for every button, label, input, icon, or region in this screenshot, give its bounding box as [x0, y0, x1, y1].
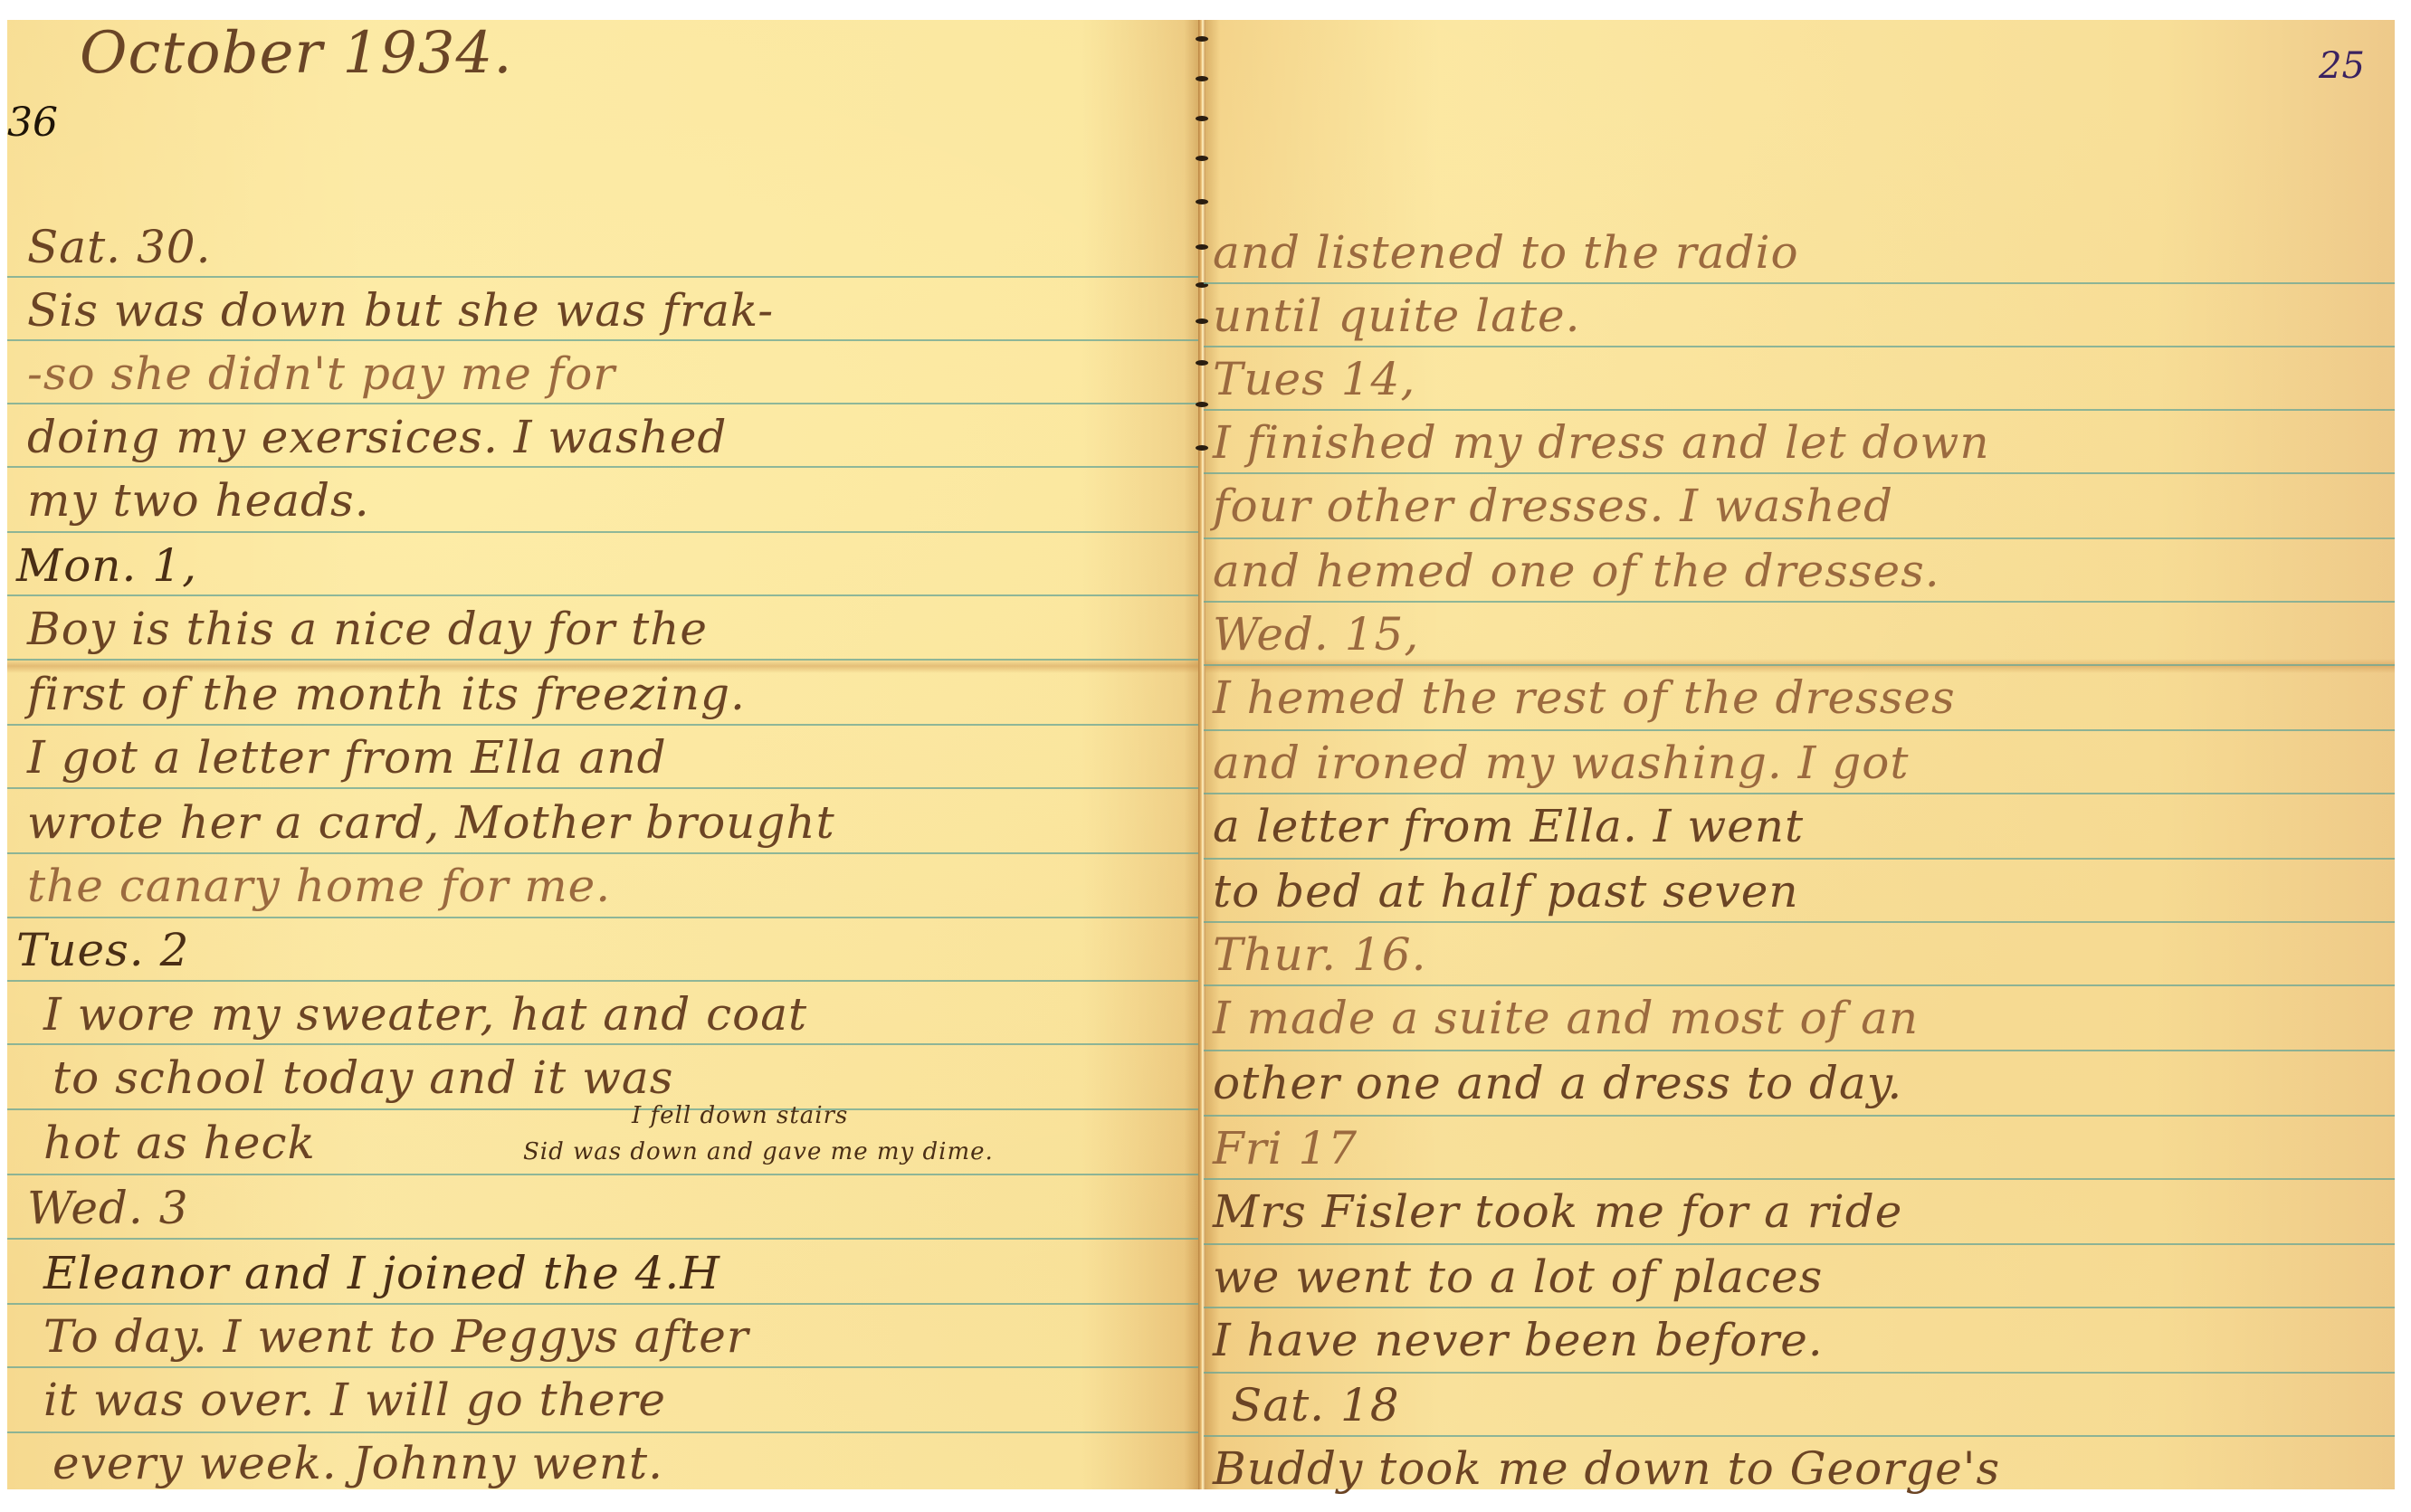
left-page: October 1934. 36 Sat. 30. Sis was down b…	[7, 20, 1198, 1489]
entry-date: Wed. 15,	[1213, 608, 1419, 661]
entry-line: every week. Johnny went.	[52, 1437, 663, 1489]
entry-date: Thur. 16.	[1213, 928, 1426, 981]
rule-line	[7, 917, 1198, 918]
entry-line: Mrs Fisler took me for a ride	[1213, 1185, 1902, 1238]
entry-date: Tues 14,	[1213, 353, 1415, 405]
rule-line	[7, 1108, 1198, 1110]
rule-line	[7, 1431, 1198, 1433]
rule-line	[7, 1366, 1198, 1368]
entry-date: Mon. 1,	[16, 539, 197, 592]
month-heading: October 1934.	[80, 20, 513, 87]
rule-line	[1204, 1050, 2395, 1051]
rule-line	[7, 787, 1198, 789]
entry-line: a letter from Ella. I went	[1213, 800, 1804, 852]
entry-line: the canary home for me.	[27, 860, 611, 912]
entry-line: wrote her a card, Mother brought	[27, 796, 835, 849]
entry-line: first of the month its freezing.	[27, 668, 746, 720]
entry-date: Wed. 3	[27, 1182, 189, 1234]
rule-line	[7, 403, 1198, 404]
entry-line: my two heads.	[27, 474, 370, 527]
entry-date: Tues. 2	[16, 924, 189, 976]
right-page: 25 and listened to the radio until quite…	[1204, 20, 2395, 1489]
entry-line: I made a suite and most of an	[1213, 992, 1919, 1044]
entry-line: I have never been before.	[1213, 1314, 1824, 1366]
entry-line: and ironed my washing. I got	[1213, 737, 1909, 789]
rule-line	[7, 1174, 1198, 1175]
rule-line	[7, 1238, 1198, 1240]
rule-line	[7, 1043, 1198, 1045]
entry-date: Sat. 18	[1231, 1379, 1400, 1431]
entry-line: I wore my sweater, hat and coat	[43, 988, 807, 1041]
rule-line	[7, 466, 1198, 468]
entry-line: and hemed one of the dresses.	[1213, 545, 1940, 597]
entry-date: Sat. 30.	[27, 221, 211, 273]
rule-line	[1204, 1307, 2395, 1308]
entry-line: To day. I went to Peggys after	[43, 1310, 749, 1363]
rule-line	[1204, 793, 2395, 794]
entry-line: hot as heck	[43, 1117, 316, 1169]
entry-line: and listened to the radio	[1213, 226, 1799, 279]
rule-line	[1204, 858, 2395, 860]
rule-line	[1204, 984, 2395, 986]
entry-line: I got a letter from Ella and	[27, 731, 667, 784]
rule-line	[7, 594, 1198, 596]
rule-line	[1204, 346, 2395, 347]
rule-line	[1204, 921, 2395, 923]
rule-line	[1204, 1115, 2395, 1117]
rule-line	[1204, 537, 2395, 539]
rule-line	[7, 339, 1198, 341]
entry-line: it was over. I will go there	[43, 1374, 666, 1426]
entry-date: Fri 17	[1213, 1122, 1358, 1174]
entry-line: until quite late.	[1213, 290, 1581, 342]
insertion-lower: Sid was down and gave me my dime.	[523, 1138, 994, 1165]
insertion-upper: I fell down stairs	[632, 1102, 848, 1129]
entry-line: to bed at half past seven	[1213, 865, 1799, 918]
rule-line	[7, 276, 1198, 278]
rule-line	[1204, 1178, 2395, 1180]
entry-line: to school today and it was	[52, 1051, 673, 1104]
entry-line: doing my exersices. I washed	[27, 411, 727, 463]
rule-line	[1204, 1243, 2395, 1245]
entry-line: -so she didn't pay me for	[27, 347, 615, 400]
rule-line	[1204, 282, 2395, 284]
rule-line	[1204, 601, 2395, 603]
rule-line	[1204, 472, 2395, 474]
entry-line: we went to a lot of places	[1213, 1250, 1823, 1303]
rule-line	[1204, 409, 2395, 411]
rule-line	[1204, 729, 2395, 731]
entry-line: four other dresses. I washed	[1213, 480, 1893, 532]
entry-line: Eleanor and I joined the 4.H	[43, 1247, 720, 1299]
entry-line: I finished my dress and let down	[1213, 416, 1990, 469]
rule-line	[7, 852, 1198, 854]
rule-line	[7, 1303, 1198, 1305]
page-number: 25	[2319, 45, 2365, 87]
rule-line	[7, 531, 1198, 533]
rule-line	[7, 724, 1198, 726]
entry-line: Boy is this a nice day for the	[27, 603, 708, 655]
entry-line: Sis was down but she was frak-	[27, 284, 774, 337]
rule-line	[1204, 664, 2395, 666]
entry-line: Buddy took me down to George's	[1213, 1442, 2000, 1495]
entry-line: I hemed the rest of the dresses	[1213, 671, 1956, 724]
rule-line	[7, 659, 1198, 661]
diary-spread: October 1934. 36 Sat. 30. Sis was down b…	[7, 20, 2395, 1489]
rule-line	[1204, 1435, 2395, 1437]
entry-line: other one and a dress to day.	[1213, 1057, 1902, 1109]
page-number: 36	[7, 100, 58, 146]
rule-line	[7, 980, 1198, 982]
rule-line	[1204, 1372, 2395, 1374]
